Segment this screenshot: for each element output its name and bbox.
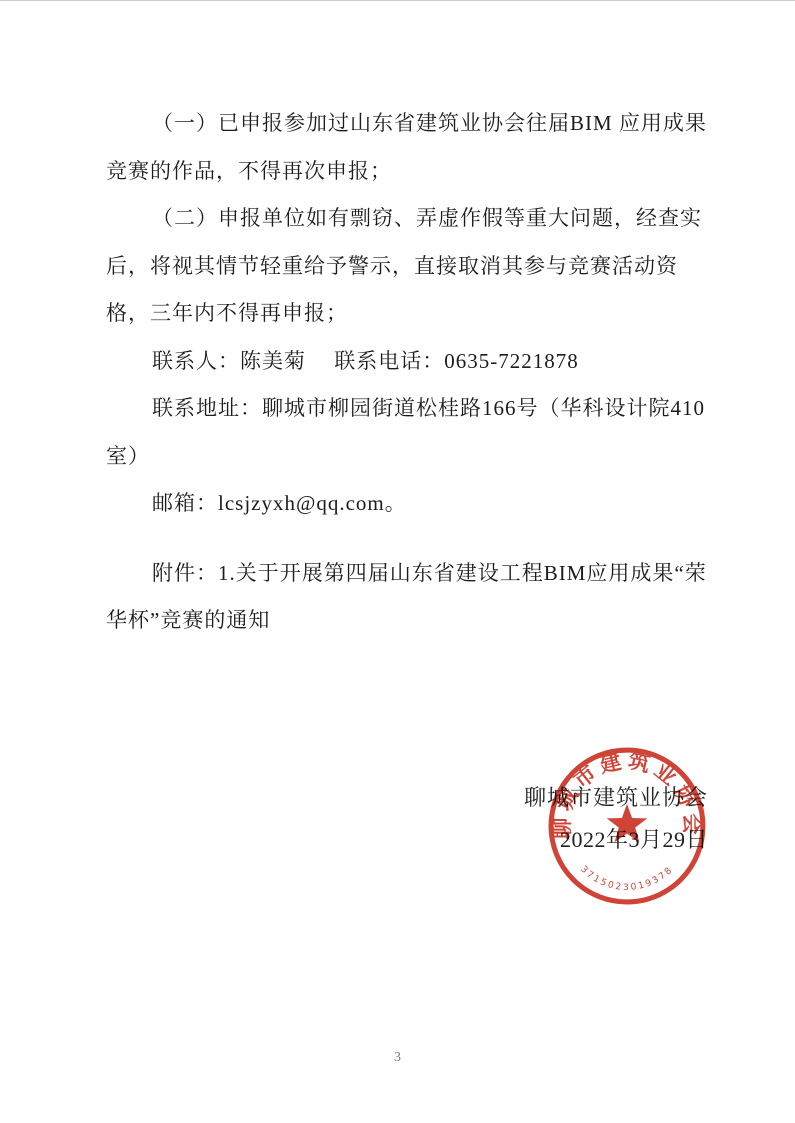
text-line: 竞赛的作品，不得再次申报；	[106, 148, 735, 196]
text-line: 邮箱：lcsjzyxh@qq.com。	[106, 480, 735, 528]
seal-code-number: 3715023019378	[578, 865, 676, 893]
document-body-text: （一）已申报参加过山东省建筑业协会往届BIM 应用成果竞赛的作品，不得再次申报；…	[106, 100, 735, 645]
text-line: 华杯”竞赛的通知	[106, 597, 735, 645]
text-line: 室）	[106, 433, 735, 481]
text-line: 后，将视其情节轻重给予警示，直接取消其参与竞赛活动资	[106, 243, 735, 291]
official-seal-stamp: 聊城市建筑业协会 3715023019378	[546, 745, 708, 907]
seal-star-icon	[607, 804, 648, 842]
text-line: 附件：1.关于开展第四届山东省建设工程BIM应用成果“荣	[106, 550, 735, 598]
text-line: 格，三年内不得再申报；	[106, 290, 735, 338]
text-line: 联系人：陈美菊 联系电话：0635-7221878	[106, 338, 735, 386]
text-line: 联系地址：聊城市柳园街道松桂路166号（华科设计院410	[106, 385, 735, 433]
text-line: （一）已申报参加过山东省建筑业协会往届BIM 应用成果	[106, 100, 735, 148]
page-top-border	[0, 0, 795, 1]
text-line: （二）申报单位如有剽窃、弄虚作假等重大问题，经查实	[106, 195, 735, 243]
page-number: 3	[0, 1050, 795, 1066]
